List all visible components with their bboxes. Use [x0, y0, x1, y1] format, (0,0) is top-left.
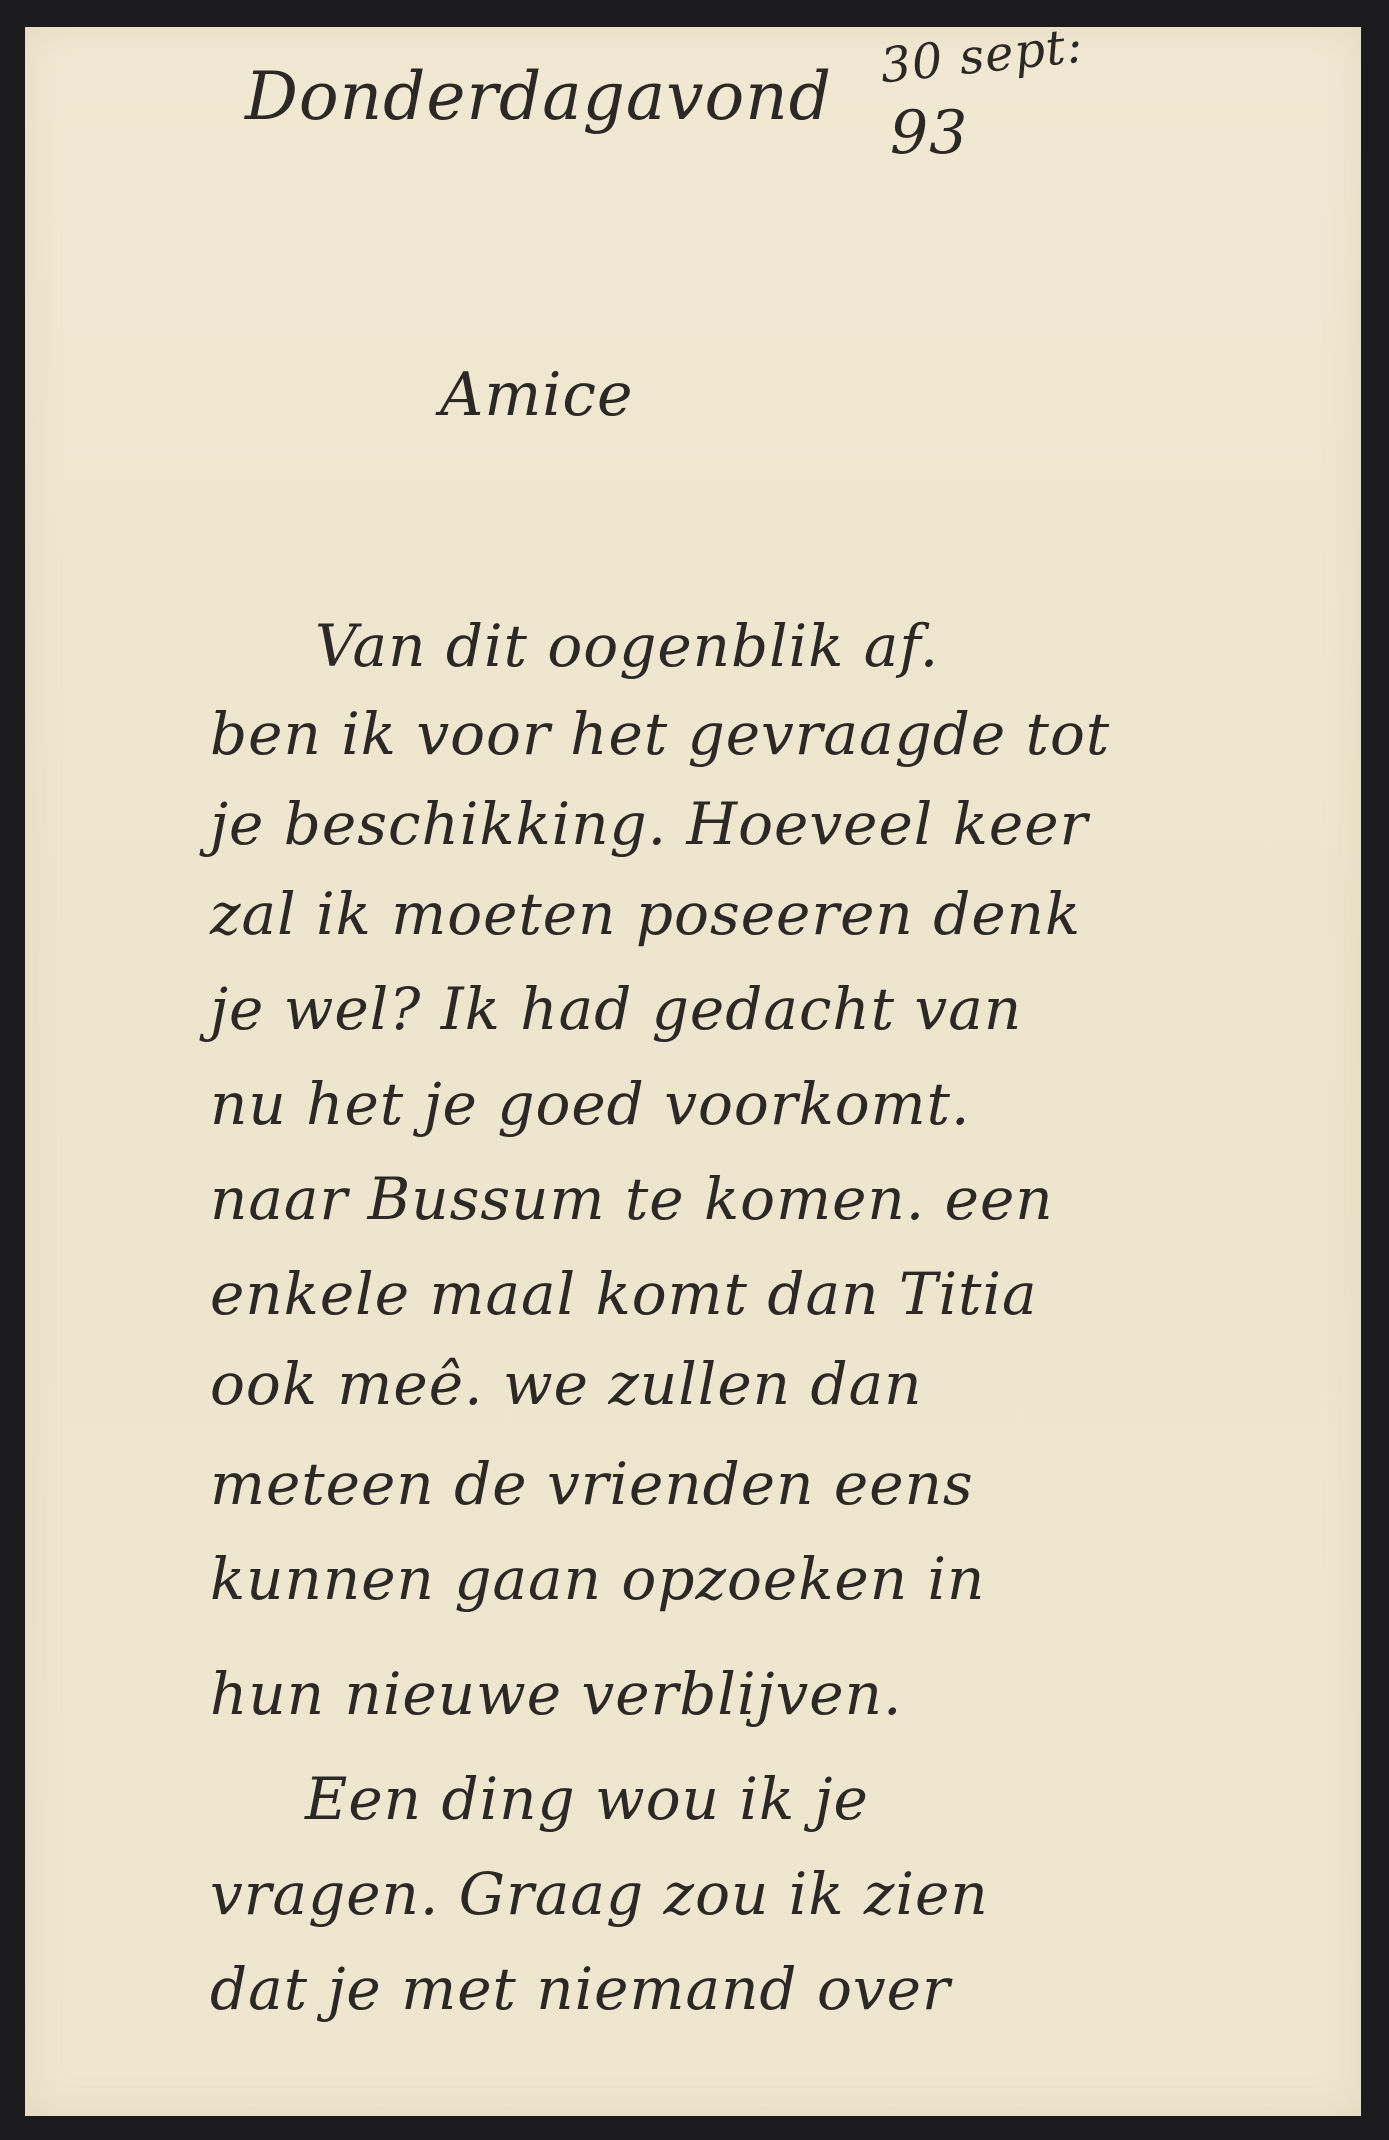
body-line: kunnen gaan opzoeken in — [210, 1545, 985, 1613]
body-line: nu het je goed voorkomt. — [210, 1070, 970, 1138]
letter-header-weekday: Donderdagavond — [245, 58, 832, 135]
body-line: je beschikking. Hoeveel keer — [210, 790, 1088, 858]
body-line: zal ik moeten poseeren denk — [210, 880, 1081, 948]
body-line: ook meê. we zullen dan — [210, 1350, 923, 1418]
body-line: enkele maal komt dan Titia — [210, 1260, 1038, 1328]
body-line: Een ding wou ik je — [305, 1765, 869, 1833]
body-line: dat je met niemand over — [210, 1955, 951, 2023]
letter-salutation: Amice — [440, 360, 634, 430]
body-line: ben ik voor het gevraagde tot — [210, 700, 1110, 768]
letter-year: 93 — [890, 98, 968, 168]
body-line: Van dit oogenblik af. — [315, 612, 939, 680]
body-line: naar Bussum te komen. een — [210, 1165, 1054, 1233]
body-line: hun nieuwe verblijven. — [210, 1660, 902, 1728]
body-line: meteen de vrienden eens — [210, 1450, 974, 1518]
body-line: je wel? Ik had gedacht van — [210, 975, 1022, 1043]
body-line: vragen. Graag zou ik zien — [210, 1860, 989, 1928]
